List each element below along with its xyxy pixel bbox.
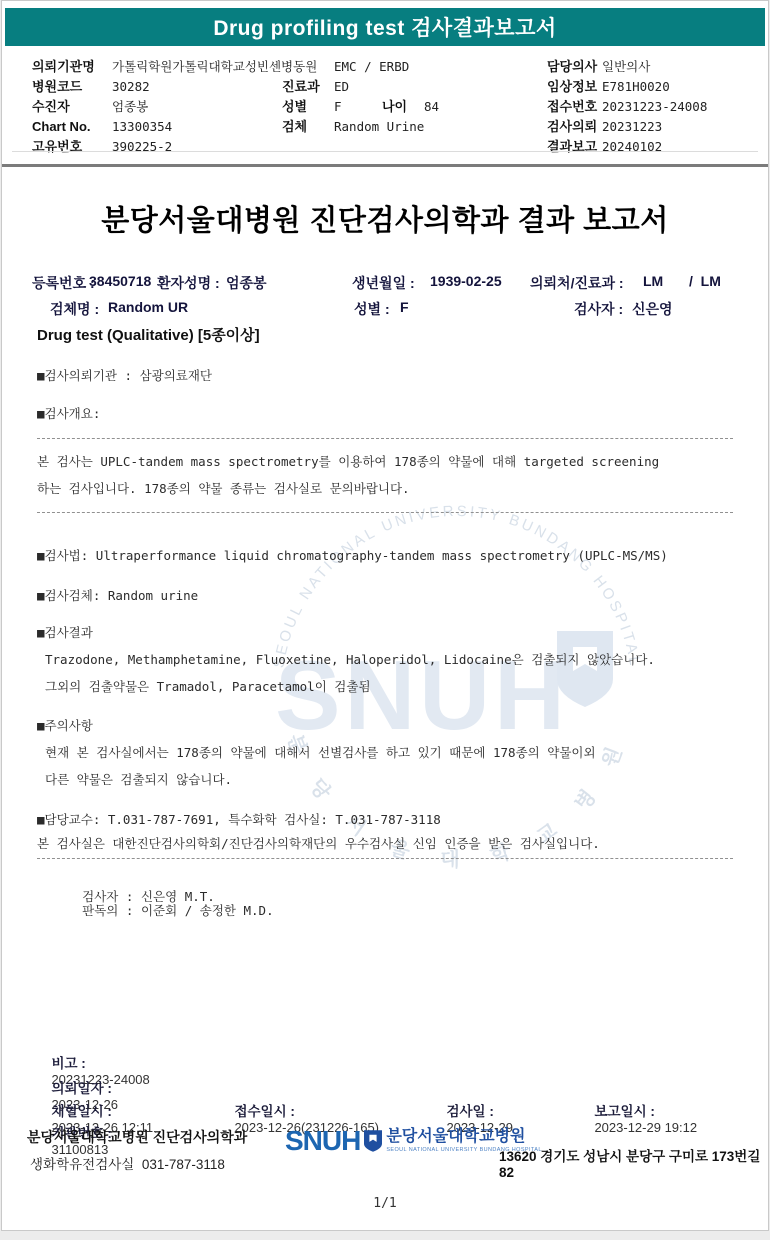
dashed-separator (37, 858, 733, 859)
signature-line: 검사자 : 신은영 M.T. 판독의 : 이준회 / 송정한 M.D. (37, 876, 733, 932)
body-line: ■검사의뢰기관 : 삼광의료재단 (37, 369, 733, 383)
header-row: 병원코드 30282 진료과 ED 임상정보 E781H0020 (32, 77, 758, 97)
sex-value: F (334, 97, 382, 117)
body-line: 본 검사는 UPLC-tandem mass spectrometry를 이용하… (37, 455, 733, 469)
report-page: Drug profiling test 검사결과보고서 의뢰기관명 가톨릭학원가… (1, 0, 769, 1231)
body-line: 다른 약물은 검출되지 않습니다. (37, 773, 733, 787)
report-title: 분당서울대병원 진단검사의학과 결과 보고서 (2, 198, 768, 239)
report-datetime: 보고일시 : 2023-12-29 19:12 (580, 1085, 697, 1150)
dept-value-2: / LM (689, 273, 721, 289)
field-label (282, 137, 334, 157)
body-line: ■주의사항 (37, 719, 733, 733)
sex-label: 성별 : (354, 299, 390, 319)
header-info: 의뢰기관명 가톨릭학원가톨릭대학교성빈센병동원 EMC / ERBD 담당의사 … (32, 57, 758, 157)
body-line: 본 검사실은 대한진단검사의학회/진단검사의학재단의 우수검사실 신임 인증을 … (37, 837, 733, 851)
field-label: 병원코드 (32, 77, 112, 97)
body-line: ■검사개요: (37, 407, 733, 421)
dept-value: LM (643, 273, 663, 289)
examiner-label: 검사자 : (574, 299, 623, 319)
body-line: 현재 본 검사실에서는 178종의 약물에 대해서 선별검사를 하고 있기 때문… (37, 746, 733, 760)
field-value: E781H0020 (602, 77, 758, 97)
age-label: 나이 (382, 97, 424, 117)
patient-label: 환자성명 : (157, 273, 220, 293)
field-label: 결과보고 (547, 137, 602, 157)
report-body: ■검사의뢰기관 : 삼광의료재단 ■검사개요: 본 검사는 UPLC-tande… (37, 369, 733, 932)
field-label: 임상정보 (547, 77, 602, 97)
field-value: 20231223 (602, 117, 758, 137)
dashed-separator (37, 438, 733, 439)
field-value: 13300354 (112, 117, 282, 137)
field-value: Random Urine (334, 117, 547, 137)
snuh-shield-icon (364, 1130, 382, 1152)
field-label: 의뢰기관명 (32, 57, 112, 77)
field-label: 접수번호 (547, 97, 602, 117)
report-datetime-label: 보고일시 : (594, 1104, 654, 1119)
specimen-label: 검체명 : (50, 299, 99, 319)
reg-no-value: 38450718 (89, 273, 151, 289)
field-value: 20231223-24008 (602, 97, 758, 117)
reg-no-label: 등록번호 : (32, 273, 95, 293)
field-label: 담당의사 (547, 57, 602, 77)
patient-value: 엄종봉 (226, 273, 267, 293)
body-line: 그외의 검출약물은 Tramadol, Paracetamol이 검출됨 (37, 680, 733, 694)
divider-thin (12, 151, 758, 152)
hospital-address: 13620 경기도 성남시 분당구 구미로 173번길 82 (499, 1145, 768, 1180)
signature-reader: 판독의 : 이준회 / 송정한 M.D. (82, 903, 273, 918)
field-value: 일반의사 (602, 57, 758, 77)
field-label: 고유번호 (32, 137, 112, 157)
lab-phone-line: 생화학유전검사실 031-787-3118 (30, 1153, 225, 1173)
title-bar: Drug profiling test 검사결과보고서 (5, 8, 765, 46)
field-label: 검체 (282, 117, 334, 137)
field-value: 390225-2 (112, 137, 282, 157)
receive-label: 접수일시 : (234, 1104, 294, 1119)
test-name: Drug test (Qualitative) [5종이상] (37, 324, 260, 345)
body-line: ■검사결과 (37, 626, 733, 640)
field-value: EMC / ERBD (334, 57, 547, 77)
body-line: 하는 검사입니다. 178종의 약물 종류는 검사실로 문의바랍니다. (37, 482, 733, 496)
field-label: 수진자 (32, 97, 112, 117)
header-row: 의뢰기관명 가톨릭학원가톨릭대학교성빈센병동원 EMC / ERBD 담당의사 … (32, 57, 758, 77)
field-value: 20240102 (602, 137, 758, 157)
dashed-separator (37, 512, 733, 513)
body-line: ■담당교수: T.031-787-7691, 특수화학 검사실: T.031-7… (37, 813, 733, 827)
specimen-value: Random UR (108, 299, 188, 315)
registration-info: 등록번호 : 38450718 환자성명 : 엄종봉 생년월일 : 1939-0… (30, 271, 740, 327)
test-date-label: 검사일 : (446, 1104, 493, 1119)
field-value: 가톨릭학원가톨릭대학교성빈센병동원 (112, 57, 282, 77)
signature-examiner: 검사자 : 신은영 M.T. (82, 890, 306, 904)
field-label: 진료과 (282, 77, 334, 97)
snuh-logo-text: SNUH (285, 1127, 360, 1155)
field-label: Chart No. (32, 117, 112, 137)
body-line: ■검사검체: Random urine (37, 589, 733, 603)
birth-value: 1939-02-25 (430, 273, 502, 289)
field-label: 성별 (282, 97, 334, 117)
title-bar-text: Drug profiling test 검사결과보고서 (213, 12, 556, 42)
field-value (334, 137, 547, 157)
field-value: 30282 (112, 77, 282, 97)
field-label: 검사의뢰 (547, 117, 602, 137)
page-number: 1/1 (2, 1196, 768, 1211)
birth-label: 생년월일 : (352, 273, 415, 293)
body-line: ■검사법: Ultraperformance liquid chromatogr… (37, 549, 733, 563)
field-value: 엄종봉 (112, 97, 282, 117)
header-row: 고유번호 390225-2 결과보고 20240102 (32, 137, 758, 157)
sex-value: F (400, 299, 409, 315)
examiner-value: 신은영 (632, 299, 673, 319)
logo-hospital-name: 분당서울대학교병원 (386, 1129, 541, 1145)
dept-label: 의뢰처/진료과 : (530, 273, 624, 293)
field-label (282, 57, 334, 77)
header-row: 수진자 엄종봉 성별 F 나이 84 접수번호 20231223-24008 (32, 97, 758, 117)
body-line: Trazodone, Methamphetamine, Fluoxetine, … (37, 653, 733, 667)
hospital-dept-line: 분당서울대학교병원 진단검사의학과 (27, 1127, 247, 1147)
field-value: ED (334, 77, 547, 97)
report-datetime-value: 2023-12-29 19:12 (594, 1120, 697, 1135)
age-value: 84 (424, 97, 439, 117)
field-value: F 나이 84 (334, 97, 547, 117)
divider-thick (2, 164, 768, 167)
header-row: Chart No. 13300354 검체 Random Urine 검사의뢰 … (32, 117, 758, 137)
